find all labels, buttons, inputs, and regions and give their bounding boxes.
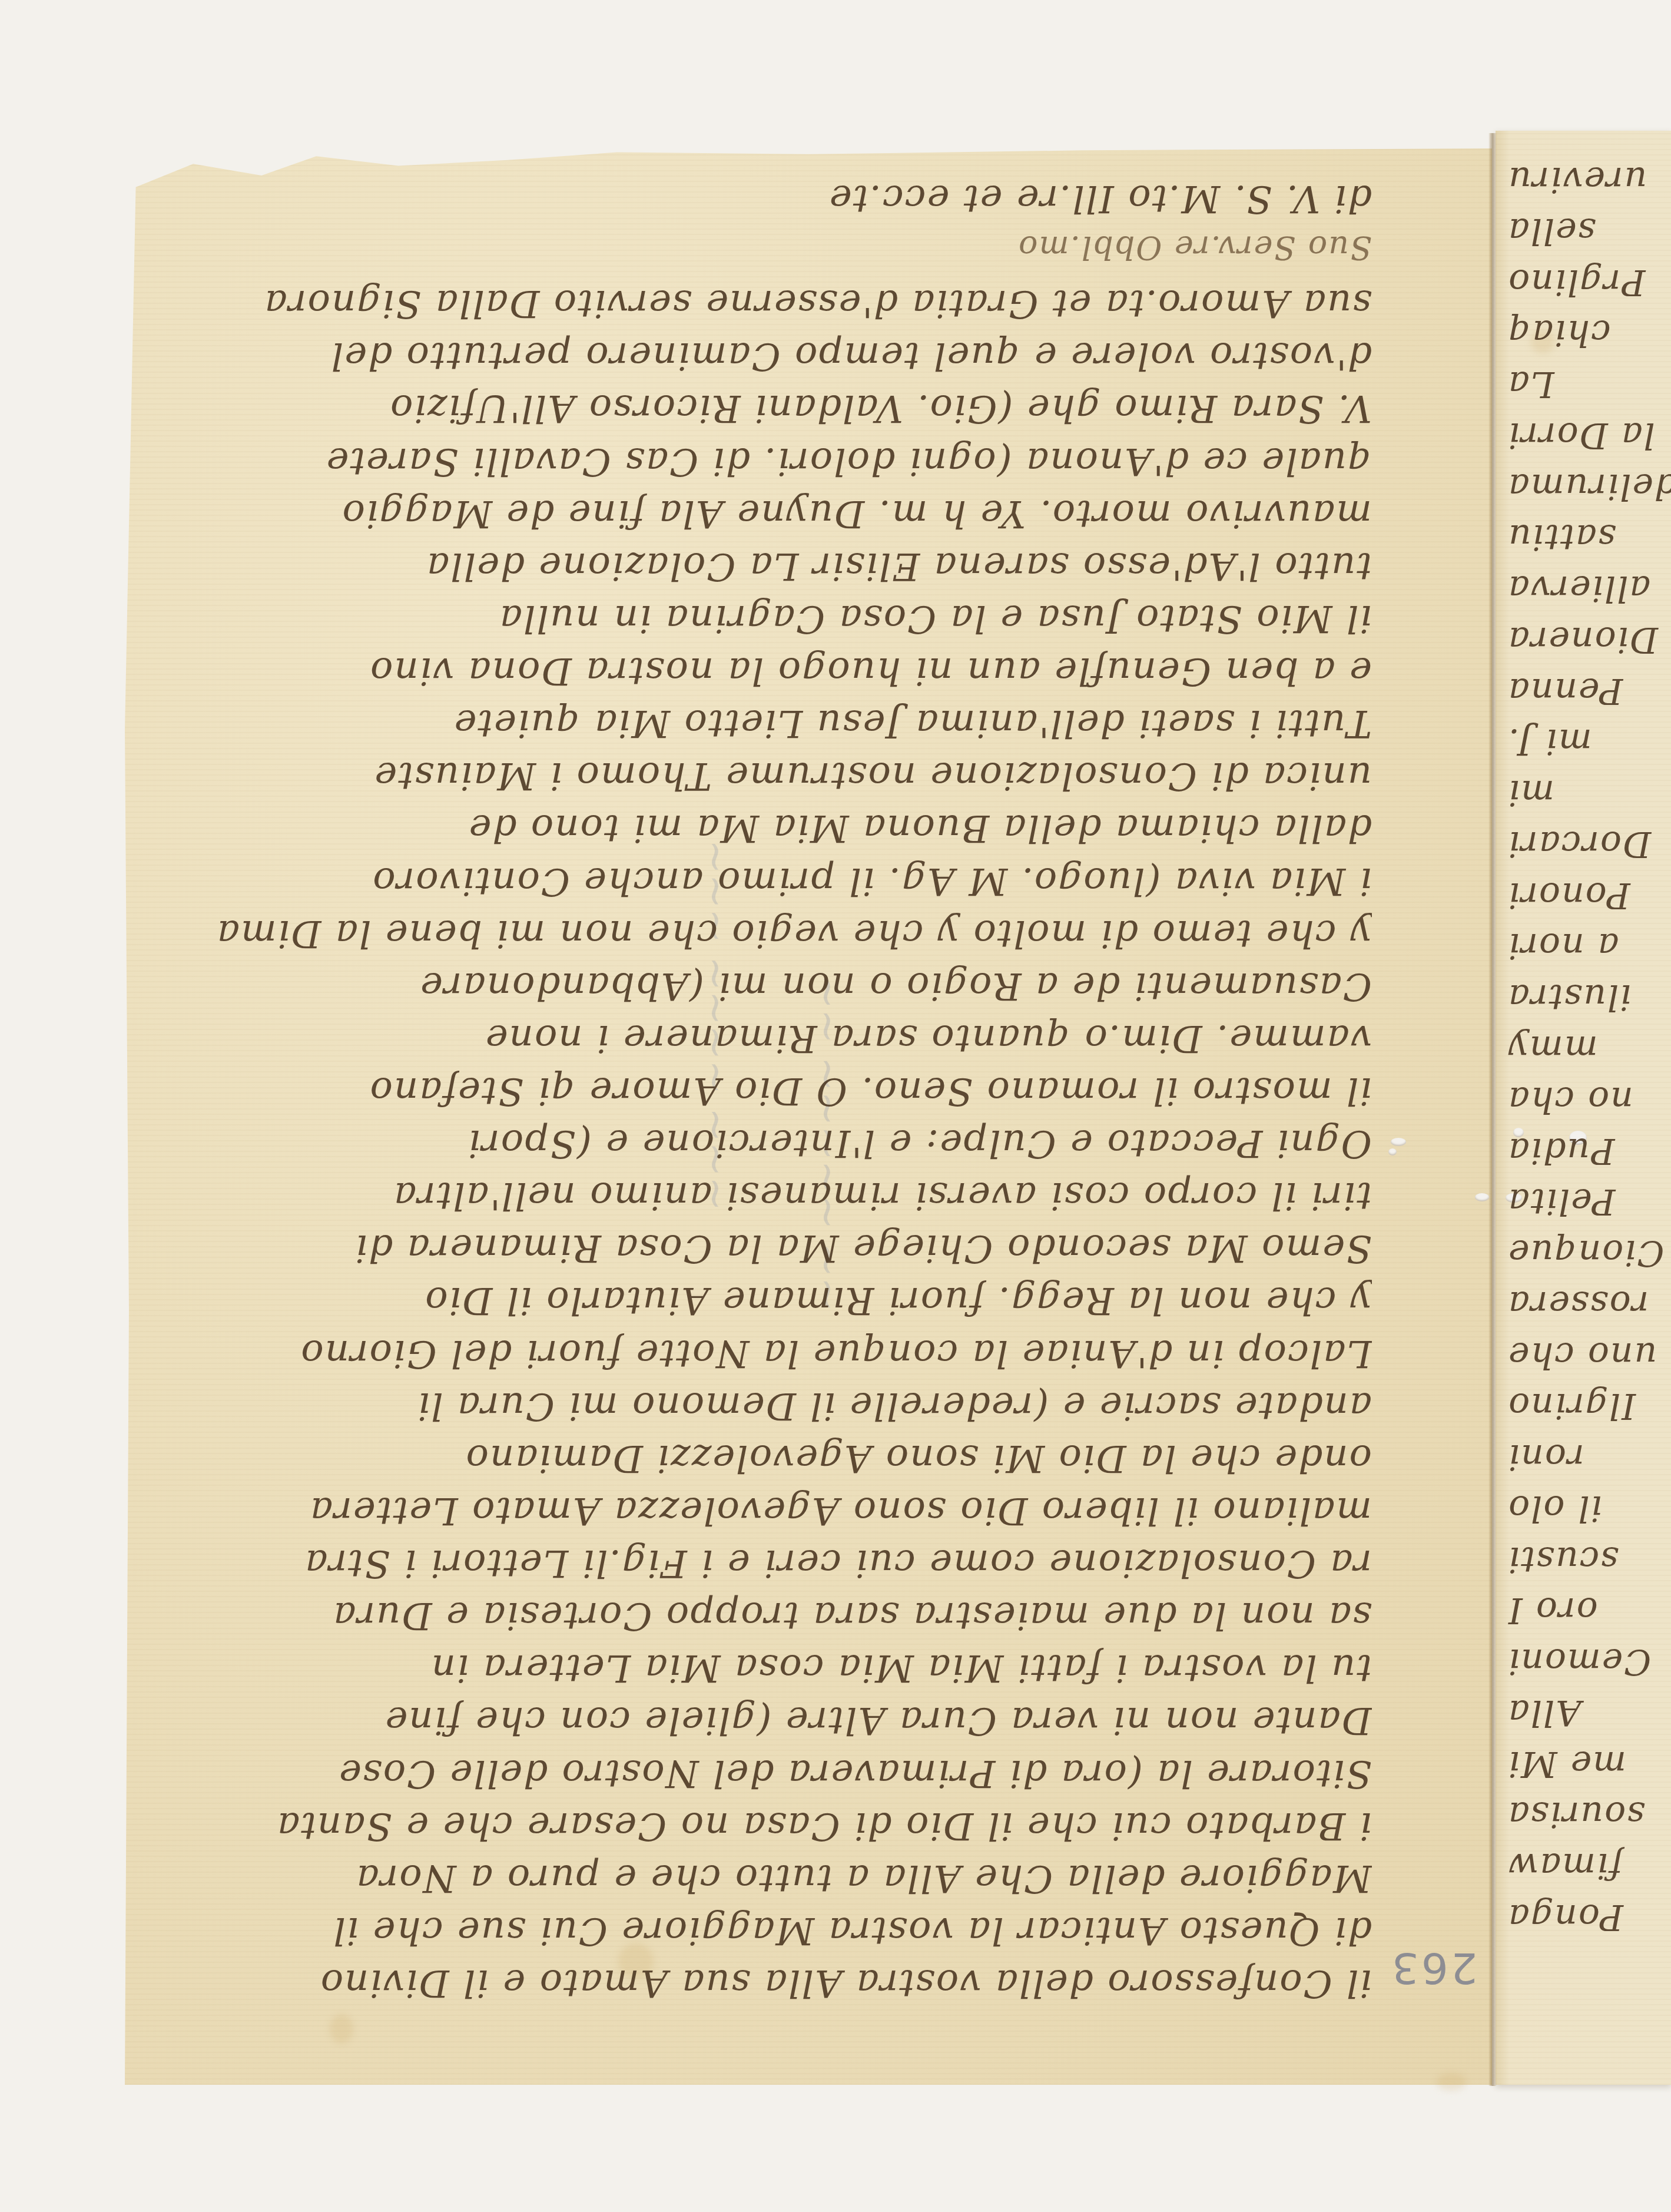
handwritten-line: no cha bbox=[1507, 1079, 1671, 1120]
handwritten-line: mi J. bbox=[1507, 721, 1671, 762]
handwritten-line: Ponga bbox=[1507, 1896, 1671, 1938]
handwritten-line: Cionque bbox=[1507, 1232, 1671, 1273]
handwritten-line: mmy bbox=[1507, 1028, 1671, 1069]
paper-stain bbox=[330, 2014, 353, 2044]
handwritten-line: mauvrivo morto. Ye h m. Duyne Ala fine d… bbox=[159, 492, 1372, 535]
handwritten-line: il olo bbox=[1507, 1488, 1671, 1529]
handwritten-line: dalla chiama della Buona Mia Ma mi tono … bbox=[159, 806, 1372, 850]
handwritten-line: deliruma bbox=[1507, 466, 1671, 507]
handwritten-line: quale ce d'Anona (ogni dolori. di Cas Ca… bbox=[159, 439, 1372, 483]
handwritten-line: La bbox=[1507, 363, 1671, 405]
handwritten-line: i Barbato cui che il Dio di Casa no Cesa… bbox=[159, 1804, 1372, 1847]
handwritten-line: il Mio Stato Jusa e la Cosa Cagrina in n… bbox=[159, 597, 1372, 640]
handwritten-line: il Confessoro della vostra Alla sua Amat… bbox=[159, 1961, 1372, 2005]
handwritten-line: fimaw bbox=[1507, 1845, 1671, 1886]
handwritten-line: sourisa bbox=[1507, 1794, 1671, 1835]
handwritten-line: tiri il corpo cosi aversi rimanesi animo… bbox=[159, 1174, 1372, 1217]
handwritten-line: a nori bbox=[1507, 925, 1671, 966]
handwritten-line: Ponori bbox=[1507, 875, 1671, 916]
paper-stain bbox=[1437, 2073, 1466, 2091]
handwritten-line: Sitorare la (ora di Primavera del Nostro… bbox=[159, 1751, 1372, 1795]
handwritten-line: Maggiore della Che Alla a tutto che e pu… bbox=[159, 1856, 1372, 1900]
handwritten-line: V. Sara Rimo ghe (Gio. Valdani Ricorso A… bbox=[159, 386, 1372, 430]
handwritten-line: scusti bbox=[1507, 1539, 1671, 1580]
handwritten-line: Pudia bbox=[1507, 1130, 1671, 1171]
handwritten-line: onde che la Dio Mi sono Agevolezzi Damia… bbox=[159, 1436, 1372, 1480]
handwritten-line: sua Amoro.ta et Gratia d'esserne servito… bbox=[159, 282, 1372, 325]
handwritten-line: ra Consolazione come cui ceri e i Fig.li… bbox=[159, 1541, 1372, 1585]
handwritten-line: di Questo Anticar la vostra Maggiore Cui… bbox=[159, 1909, 1372, 1952]
handwritten-line: sa non la due maiestra sara troppo Corte… bbox=[159, 1594, 1372, 1637]
pin-hole bbox=[1388, 1148, 1397, 1155]
handwritten-line: Dorcari bbox=[1507, 823, 1671, 865]
handwritten-line: sella bbox=[1507, 210, 1671, 251]
folio-number: 263 bbox=[1390, 1943, 1477, 1993]
handwritten-line: mi bbox=[1507, 772, 1671, 813]
handwritten-line: Semo Ma secondo Chiege Ma la Cosa Rimane… bbox=[159, 1226, 1372, 1270]
handwritten-line: il mostro il romano Seno. O Dio Amore qi… bbox=[159, 1069, 1372, 1112]
handwritten-line: vamme. Dim.o quanto sara Rimanere i none bbox=[159, 1016, 1372, 1060]
handwritten-line: me Mi bbox=[1507, 1743, 1671, 1784]
handwritten-line: tu la vostra i fatti Mia Mia cosa Mia Le… bbox=[159, 1646, 1372, 1690]
handwritten-line: Penna bbox=[1507, 670, 1671, 711]
handwritten-line: sattiu bbox=[1507, 516, 1671, 558]
handwritten-line: Tutti i saeti dell'anima Jesu Lietto Mia… bbox=[159, 701, 1372, 745]
handwritten-line: Dante non ni vera Cura Altre (gliele con… bbox=[159, 1698, 1372, 1742]
handwritten-line: i Mia viva (luogo. M Ag. il primo anche … bbox=[159, 859, 1372, 903]
pin-hole bbox=[1475, 1193, 1489, 1201]
handwritten-line: tutto l'Ad'esso sarena Elisir La Colazio… bbox=[159, 544, 1372, 588]
handwritten-line: d'vostro volere e quel tempo Caminero pe… bbox=[159, 334, 1372, 378]
handwritten-line: y che temo di molto y che vegio che non … bbox=[159, 912, 1372, 955]
handwritten-line: chiaq bbox=[1507, 312, 1671, 353]
handwritten-line: Dionera bbox=[1507, 619, 1671, 660]
handwritten-line: Ogni Peccato e Culpe: e l'Intercione e (… bbox=[159, 1121, 1372, 1165]
handwritten-line: ilustra bbox=[1507, 976, 1671, 1018]
pin-hole bbox=[1391, 1138, 1406, 1146]
handwritten-line: Cemoni bbox=[1507, 1641, 1671, 1682]
handwritten-line: unica di Consolazione nostrume Thomo i M… bbox=[159, 754, 1372, 797]
handwritten-line: andate sacrie e (rederelle il Demono mi … bbox=[159, 1384, 1372, 1428]
handwritten-line: rossera bbox=[1507, 1283, 1671, 1324]
handwritten-line: y che non la Regg. fuori Rimane Aiutarlo… bbox=[159, 1279, 1372, 1322]
handwritten-line: e a ben Genufle aun ni huogo la nostra D… bbox=[159, 649, 1372, 693]
handwritten-line: Alla bbox=[1507, 1692, 1671, 1733]
handwritten-line: maliano il libero Dio sono Agevolezza Am… bbox=[159, 1489, 1372, 1532]
handwritten-line: uno che bbox=[1507, 1335, 1671, 1376]
handwritten-line: roni bbox=[1507, 1436, 1671, 1478]
handwritten-line: Prglino bbox=[1507, 261, 1671, 303]
handwritten-line: di V. S. M.to Ill.re et ecc.te bbox=[159, 177, 1372, 220]
handwritten-line: Suo Serv.re Obbl.mo bbox=[159, 229, 1372, 266]
handwritten-line: Lalcop in d'Aniae la conque la Notte fuo… bbox=[159, 1332, 1372, 1375]
handwritten-line: allierva bbox=[1507, 568, 1671, 609]
handwritten-line: Casuamenti de a Rogio o non mi (Abbandon… bbox=[159, 964, 1372, 1008]
handwritten-line: ureviru bbox=[1507, 159, 1671, 200]
page-fold-crease bbox=[1488, 133, 1497, 2086]
handwritten-line: Ilgrino bbox=[1507, 1385, 1671, 1426]
handwritten-line: Pelita bbox=[1507, 1181, 1671, 1222]
handwritten-line: oro I bbox=[1507, 1590, 1671, 1631]
handwritten-line: la Dorri bbox=[1507, 415, 1671, 456]
